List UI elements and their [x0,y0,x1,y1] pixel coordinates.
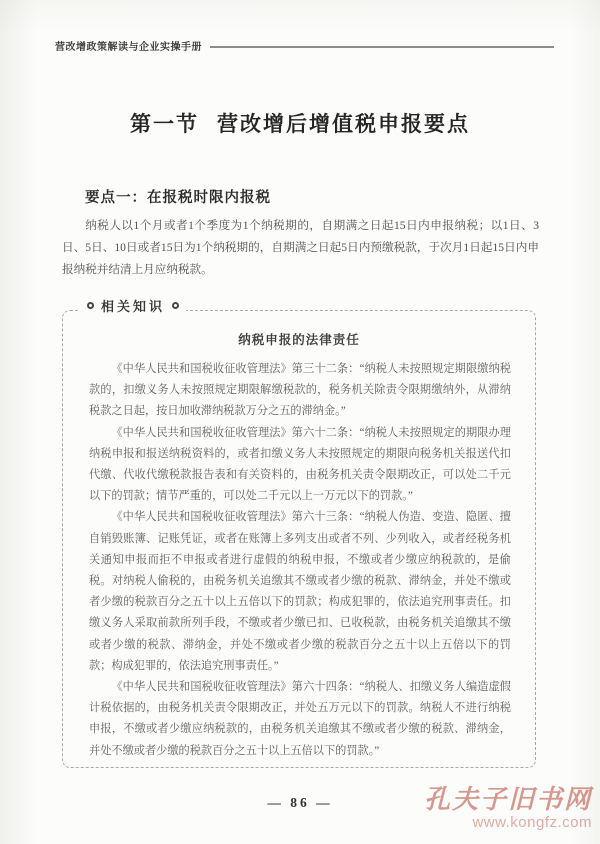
running-header-title: 营改增政策解读与企业实操手册 [55,38,202,53]
knowledge-box-body: 《中华人民共和国税收征收管理法》第三十二条：“纳税人未按照规定期限缴纳税款的，扣… [89,359,511,762]
circle-bullet-icon [87,302,94,309]
knowledge-paragraph: 《中华人民共和国税收征收管理法》第三十二条：“纳税人未按照规定期限缴纳税款的，扣… [89,359,511,423]
knowledge-paragraph: 《中华人民共和国税收征收管理法》第六十三条：“纳税人伪造、变造、隐匿、擅自销毁账… [89,507,511,677]
page-title-number: 第一节 [130,113,199,136]
knowledge-box-label-text: 相关知识 [101,296,165,315]
knowledge-box-label: 相关知识 [80,296,186,315]
subsection-title: 要点一：在报税时限内报税 [85,186,271,207]
watermark-site-url: www.kongfz.com [424,815,592,832]
intro-paragraph: 纳税人以1个月或者1个季度为1个纳税期的，自期满之日起15日内申报纳税；以1日、… [62,215,539,281]
knowledge-paragraph: 《中华人民共和国税收征收管理法》第六十四条：“纳税人、扣缴义务人编造虚假计税依据… [89,677,511,762]
running-header: 营改增政策解读与企业实操手册 [55,38,554,53]
header-rule [210,46,554,48]
knowledge-box: 纳税申报的法律责任 《中华人民共和国税收征收管理法》第三十二条：“纳税人未按照规… [62,310,536,768]
knowledge-paragraph: 《中华人民共和国税收征收管理法》第六十二条：“纳税人未按照规定的期限办理纳税申报… [89,423,511,508]
knowledge-box-title: 纳税申报的法律责任 [63,330,535,348]
page-title: 第一节营改增后增值税申报要点 [0,108,600,138]
circle-bullet-icon [172,302,179,309]
page-title-text: 营改增后增值税申报要点 [217,113,470,136]
page-number: — 86 — [0,795,600,811]
